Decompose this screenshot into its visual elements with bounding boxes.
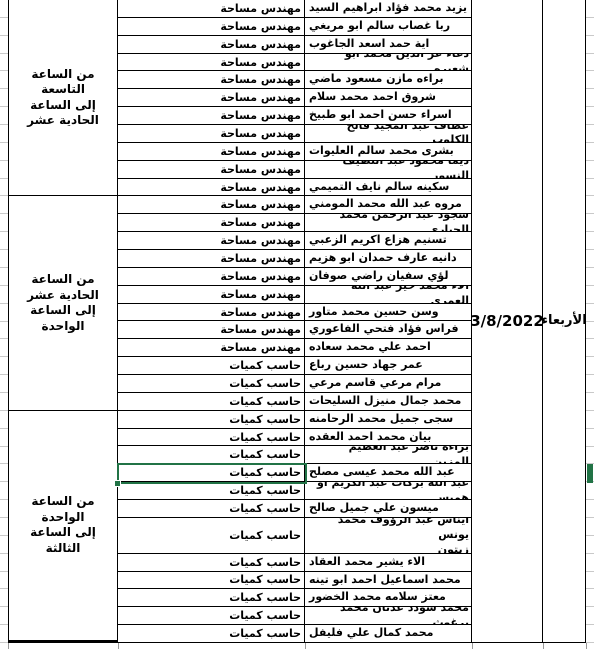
job-title-cell[interactable]: مهندس مساحة	[118, 232, 305, 250]
gridline-tick	[0, 606, 8, 607]
student-name-cell[interactable]: معتز سلامه محمد الخضور	[305, 589, 472, 607]
job-title-cell[interactable]: مهندس مساحة	[118, 161, 305, 179]
time-slot-cell[interactable]: من الساعةالتاسعةإلى الساعةالحادية عشر	[8, 0, 118, 196]
student-name-cell[interactable]: ربا غصاب سالم ابو مريغي	[305, 18, 472, 36]
job-title-cell[interactable]: حاسب كميات	[118, 357, 305, 375]
student-name-cell[interactable]: محمد جمال منيزل السليحات	[305, 393, 472, 411]
gridline-tick	[586, 606, 594, 607]
student-name-cell[interactable]: يزيد محمد فؤاد ابراهيم السيد	[305, 0, 472, 18]
gridline-tick	[0, 70, 8, 71]
job-title-text: حاسب كميات	[229, 591, 301, 604]
gridline-tick	[586, 142, 594, 143]
student-name-cell[interactable]: عبد الله بركات عبد الكريم او هميس	[305, 482, 472, 500]
gridline-tick	[0, 213, 8, 214]
student-name-cell[interactable]: عطاف عبد المجيد فالح الكلوب	[305, 125, 472, 143]
student-name-text: مرام مرعي قاسم مرعي	[309, 376, 441, 391]
gridline-tick	[0, 231, 8, 232]
job-title-text: مهندس مساحة	[220, 145, 301, 158]
gridline-tick	[586, 553, 594, 554]
student-name-text: سجى جميل محمد الرحامنه	[309, 412, 453, 427]
time-slot-cell[interactable]: من الساعةالحادية عشرإلى الساعةالواحدة	[8, 196, 118, 410]
job-title-text: مهندس مساحة	[220, 288, 301, 301]
gridline-tick	[586, 428, 594, 429]
student-name-cell[interactable]: تسنيم هزاع اكريم الزعبي	[305, 232, 472, 250]
time-slot-line: من الساعة	[31, 67, 94, 83]
job-title-cell[interactable]: حاسب كميات	[118, 500, 305, 518]
job-title-text: مهندس مساحة	[220, 181, 301, 194]
job-title-text: حاسب كميات	[229, 502, 301, 515]
student-name-cell[interactable]: فراس فؤاد فتحي الفاعوري	[305, 321, 472, 339]
student-name-text: مروه عبد الله محمد المومني	[309, 197, 462, 212]
time-slot-cell[interactable]: من الساعةالواحدةإلى الساعةالثالثة	[8, 411, 118, 643]
student-name-cell[interactable]: بيان محمد احمد العقده	[305, 429, 472, 447]
job-title-cell[interactable]: مهندس مساحة	[118, 304, 305, 322]
student-name-text: براءه مازن مسعود ماضي	[309, 72, 443, 87]
weekday-cell[interactable]: الأربعاء	[543, 0, 586, 643]
student-name-cell[interactable]: ميسون علي جميل صالح	[305, 500, 472, 518]
job-title-text: مهندس مساحة	[220, 270, 301, 283]
job-title-text: حاسب كميات	[229, 627, 301, 640]
job-title-text: حاسب كميات	[229, 377, 301, 390]
student-name-text: اسراء حسن احمد ابو طبيخ	[309, 108, 452, 123]
cropped-gridline	[586, 643, 587, 649]
job-title-cell[interactable]: مهندس مساحة	[118, 0, 305, 18]
student-name-cell[interactable]: دانيه عارف حمدان ابو هزيم	[305, 250, 472, 268]
gridline-tick	[0, 195, 8, 196]
cropped-gridline	[472, 643, 473, 649]
gridline-tick	[586, 499, 594, 500]
student-name-text: دانيه عارف حمدان ابو هزيم	[309, 251, 457, 266]
student-name-text: معتز سلامه محمد الخضور	[309, 590, 446, 605]
gridline-tick	[586, 249, 594, 250]
student-name-text: محمد اسماعيل احمد ابو تينه	[309, 573, 461, 588]
schedule-table: 3/8/2022 الأربعاء من الساعةالتاسعةإلى ال…	[8, 0, 586, 643]
student-name-cell[interactable]: اية حمد اسعد الجاغوب	[305, 36, 472, 54]
gridline-tick	[0, 428, 8, 429]
student-name-text: عبد الله محمد عيسى مصلح	[309, 465, 455, 480]
student-name-cell[interactable]: الاء يشير محمد العقاد	[305, 554, 472, 572]
job-title-cell[interactable]: حاسب كميات	[118, 589, 305, 607]
job-title-text: حاسب كميات	[229, 556, 301, 569]
student-name-text: شروق احمد محمد سلام	[309, 90, 436, 105]
gridline-tick	[0, 517, 8, 518]
gridline-tick	[0, 124, 8, 125]
job-title-text: مهندس مساحة	[220, 73, 301, 86]
time-slot-line: إلى الساعة	[30, 303, 96, 319]
fill-handle[interactable]	[114, 480, 121, 487]
gridline-tick	[586, 35, 594, 36]
job-title-cell[interactable]: حاسب كميات	[118, 446, 305, 464]
job-title-text: مهندس مساحة	[220, 234, 301, 247]
cropped-gridline	[543, 643, 544, 649]
gridline-tick	[0, 285, 8, 286]
student-name-text: فراس فؤاد فتحي الفاعوري	[309, 322, 459, 337]
student-name-cell[interactable]: احمد علي محمد سعاده	[305, 339, 472, 357]
gridline-tick	[0, 249, 8, 250]
job-title-text: مهندس مساحة	[220, 163, 301, 176]
gridline-tick	[0, 142, 8, 143]
time-slot-line: من الساعة	[31, 272, 94, 288]
job-title-cell[interactable]: حاسب كميات	[118, 572, 305, 590]
gridline-tick	[0, 463, 8, 464]
student-name-cell[interactable]: دعاء عز الدين محمد ابو شعيره	[305, 54, 472, 72]
job-title-text: مهندس مساحة	[220, 198, 301, 211]
gridline-tick	[586, 624, 594, 625]
job-title-cell[interactable]: مهندس مساحة	[118, 143, 305, 161]
job-title-cell[interactable]: مهندس مساحة	[118, 36, 305, 54]
job-title-cell[interactable]: مهندس مساحة	[118, 89, 305, 107]
job-title-cell[interactable]: حاسب كميات	[118, 607, 305, 625]
job-title-text: مهندس مساحة	[220, 2, 301, 15]
student-name-cell[interactable]: سجى جميل محمد الرحامنه	[305, 411, 472, 429]
job-title-cell[interactable]: مهندس مساحة	[118, 18, 305, 36]
student-name-text: محمد جمال منيزل السليحات	[309, 394, 461, 409]
student-name-cell[interactable]: براءه مازن مسعود ماضي	[305, 71, 472, 89]
job-title-cell[interactable]: مهندس مساحة	[118, 179, 305, 197]
job-title-cell[interactable]: حاسب كميات	[118, 393, 305, 411]
spreadsheet: 3/8/2022 الأربعاء من الساعةالتاسعةإلى ال…	[0, 0, 594, 649]
gridline-tick	[586, 374, 594, 375]
gridline-tick	[0, 321, 8, 322]
job-title-cell[interactable]: حاسب كميات	[118, 375, 305, 393]
gridline-tick	[0, 35, 8, 36]
cropped-gridline	[118, 643, 119, 649]
student-name-text: اية حمد اسعد الجاغوب	[309, 37, 429, 52]
left-adjacent-column	[0, 0, 8, 649]
student-name-cell[interactable]: سجود عبد الرحمن محمد الحياري	[305, 214, 472, 232]
gridline-tick	[0, 267, 8, 268]
job-title-cell-selected[interactable]: حاسب كميات	[118, 464, 305, 482]
job-title-text: حاسب كميات	[229, 529, 301, 542]
gridline-tick	[0, 303, 8, 304]
job-title-text: مهندس مساحة	[220, 56, 301, 69]
gridline-tick	[586, 303, 594, 304]
gridline-tick	[586, 571, 594, 572]
job-title-cell[interactable]: حاسب كميات	[118, 482, 305, 500]
job-title-cell[interactable]: مهندس مساحة	[118, 54, 305, 72]
student-name-text: دعاء عز الدين محمد ابو شعيره	[309, 54, 469, 72]
gridline-tick	[0, 178, 8, 179]
gridline-tick	[586, 106, 594, 107]
gridline-tick	[586, 338, 594, 339]
student-name-cell[interactable]: محمد اسماعيل احمد ابو تينه	[305, 572, 472, 590]
student-name-text: الاء محمد خير عبد الله العمري	[309, 286, 469, 304]
gridline-tick	[586, 267, 594, 268]
gridline-tick	[0, 535, 8, 536]
gridline-tick	[586, 642, 594, 643]
time-slot-line: الواحدة	[42, 510, 85, 526]
job-title-cell[interactable]: مهندس مساحة	[118, 71, 305, 89]
gridline-tick	[0, 446, 8, 447]
job-title-text: مهندس مساحة	[220, 91, 301, 104]
job-title-text: مهندس مساحة	[220, 341, 301, 354]
gridline-tick	[586, 178, 594, 179]
gridline-tick	[586, 160, 594, 161]
student-name-cell[interactable]: مروه عبد الله محمد المومني	[305, 196, 472, 214]
student-name-cell[interactable]: عمر جهاد حسين رباع	[305, 357, 472, 375]
job-title-cell[interactable]: مهندس مساحة	[118, 125, 305, 143]
job-title-text: مهندس مساحة	[220, 20, 301, 33]
student-name-text: الاء يشير محمد العقاد	[309, 555, 425, 570]
job-title-text: مهندس مساحة	[220, 306, 301, 319]
student-name-cell[interactable]: لؤي سفيان راضي صوفان	[305, 268, 472, 286]
gridline-tick	[586, 588, 594, 589]
selected-row-header-highlight	[587, 464, 593, 483]
gridline-tick	[586, 231, 594, 232]
student-name-text: بشرى محمد سالم العليوات	[309, 144, 454, 159]
student-name-cell[interactable]: سكينه سالم نايف التميمي	[305, 179, 472, 197]
student-name-cell[interactable]: براءة ناصر عبد العظيم المزين	[305, 446, 472, 464]
gridline-tick	[586, 535, 594, 536]
gridline-tick	[0, 499, 8, 500]
cropped-gridline	[305, 643, 306, 649]
job-title-text: حاسب كميات	[229, 431, 301, 444]
gridline-tick	[0, 160, 8, 161]
student-name-text: سكينه سالم نايف التميمي	[309, 180, 449, 195]
gridline-tick	[0, 392, 8, 393]
student-name-text: عمر جهاد حسين رباع	[309, 358, 423, 373]
student-name-text: وسن حسين محمد متاور	[309, 305, 439, 320]
job-title-text: حاسب كميات	[229, 466, 301, 479]
student-name-text: ربا غصاب سالم ابو مريغي	[309, 19, 450, 34]
job-title-cell[interactable]: مهندس مساحة	[118, 286, 305, 304]
time-slot-line: التاسعة	[41, 82, 85, 98]
job-title-text: مهندس مساحة	[220, 127, 301, 140]
time-slot-line: إلى الساعة	[30, 525, 96, 541]
job-title-text: مهندس مساحة	[220, 252, 301, 265]
gridline-tick	[0, 53, 8, 54]
cropped-gridline	[8, 643, 9, 649]
gridline-tick	[586, 356, 594, 357]
student-name-cell[interactable]: الاء محمد خير عبد الله العمري	[305, 286, 472, 304]
job-title-cell[interactable]: حاسب كميات	[118, 411, 305, 429]
gridline-tick	[0, 88, 8, 89]
student-name-text: عطاف عبد المجيد فالح الكلوب	[309, 125, 469, 143]
gridline-tick	[586, 392, 594, 393]
gridline-tick	[586, 195, 594, 196]
gridline-tick	[0, 588, 8, 589]
student-name-text: عبد الله بركات عبد الكريم او هميس	[309, 482, 469, 500]
student-name-text: ايناس عبد الرؤوف محمد يونس زيتون	[309, 518, 469, 554]
student-name-cell[interactable]: وسن حسين محمد متاور	[305, 304, 472, 322]
gridline-tick	[0, 338, 8, 339]
gridline-tick	[0, 481, 8, 482]
gridline-tick	[0, 356, 8, 357]
job-title-text: حاسب كميات	[229, 484, 301, 497]
student-name-cell[interactable]: عبد الله محمد عيسى مصلح	[305, 464, 472, 482]
student-name-text: محمد سؤدد عدنان محمد برغوث	[309, 607, 469, 625]
job-title-cell[interactable]: حاسب كميات	[118, 518, 305, 554]
gridline-tick	[586, 17, 594, 18]
time-slot-line: إلى الساعة	[30, 98, 96, 114]
job-title-text: حاسب كميات	[229, 609, 301, 622]
student-name-cell[interactable]: ايناس عبد الرؤوف محمد يونس زيتون	[305, 518, 472, 554]
job-title-text: حاسب كميات	[229, 573, 301, 586]
gridline-tick	[0, 374, 8, 375]
student-name-text: يزيد محمد فؤاد ابراهيم السيد	[309, 1, 467, 16]
time-slot-line: من الساعة	[31, 494, 94, 510]
job-title-cell[interactable]: حاسب كميات	[118, 554, 305, 572]
gridline-tick	[0, 642, 8, 643]
student-name-cell[interactable]: محمد كمال علي فليفل	[305, 625, 472, 643]
student-name-text: تسنيم هزاع اكريم الزعبي	[309, 233, 447, 248]
gridline-tick	[586, 213, 594, 214]
gridline-tick	[586, 88, 594, 89]
job-title-text: حاسب كميات	[229, 413, 301, 426]
student-name-text: بيان محمد احمد العقده	[309, 430, 431, 445]
job-title-text: مهندس مساحة	[220, 323, 301, 336]
gridline-tick	[0, 17, 8, 18]
student-name-text: براءة ناصر عبد العظيم المزين	[309, 446, 469, 464]
gridline-tick	[586, 446, 594, 447]
gridline-tick	[586, 70, 594, 71]
gridline-tick	[0, 553, 8, 554]
job-title-cell[interactable]: مهندس مساحة	[118, 107, 305, 125]
time-slot-line: الحادية عشر	[27, 288, 99, 304]
right-row-header-strip	[586, 0, 594, 649]
job-title-text: حاسب كميات	[229, 395, 301, 408]
job-title-cell[interactable]: مهندس مساحة	[118, 214, 305, 232]
job-title-text: مهندس مساحة	[220, 38, 301, 51]
time-slot-line: الثالثة	[46, 541, 81, 557]
student-name-cell[interactable]: مرام مرعي قاسم مرعي	[305, 375, 472, 393]
gridline-tick	[586, 517, 594, 518]
gridline-tick	[586, 124, 594, 125]
gridline-tick	[0, 106, 8, 107]
time-slot-line: الواحدة	[42, 319, 85, 335]
job-title-cell[interactable]: مهندس مساحة	[118, 196, 305, 214]
student-name-cell[interactable]: اسراء حسن احمد ابو طبيخ	[305, 107, 472, 125]
student-name-text: ميسون علي جميل صالح	[309, 501, 439, 516]
job-title-text: مهندس مساحة	[220, 216, 301, 229]
job-title-text: حاسب كميات	[229, 359, 301, 372]
job-title-cell[interactable]: مهندس مساحة	[118, 339, 305, 357]
student-name-cell[interactable]: ديما محمود عبد اللطيف النسور	[305, 161, 472, 179]
job-title-cell[interactable]: حاسب كميات	[118, 625, 305, 643]
job-title-cell[interactable]: مهندس مساحة	[118, 268, 305, 286]
student-name-cell[interactable]: شروق احمد محمد سلام	[305, 89, 472, 107]
student-name-text: احمد علي محمد سعاده	[309, 340, 431, 355]
gridline-tick	[586, 321, 594, 322]
student-name-text: لؤي سفيان راضي صوفان	[309, 269, 448, 284]
student-name-text: سجود عبد الرحمن محمد الحياري	[309, 214, 469, 232]
gridline-tick	[0, 624, 8, 625]
job-title-cell[interactable]: مهندس مساحة	[118, 321, 305, 339]
job-title-text: حاسب كميات	[229, 448, 301, 461]
student-name-text: ديما محمود عبد اللطيف النسور	[309, 161, 469, 179]
date-cell[interactable]: 3/8/2022	[472, 0, 543, 643]
gridline-tick	[586, 285, 594, 286]
student-name-cell[interactable]: بشرى محمد سالم العليوات	[305, 143, 472, 161]
job-title-text: مهندس مساحة	[220, 109, 301, 122]
job-title-cell[interactable]: حاسب كميات	[118, 429, 305, 447]
gridline-tick	[0, 410, 8, 411]
time-slot-line: الحادية عشر	[27, 113, 99, 129]
gridline-tick	[586, 410, 594, 411]
gridline-tick	[586, 53, 594, 54]
student-name-text: محمد كمال علي فليفل	[309, 626, 433, 641]
job-title-cell[interactable]: مهندس مساحة	[118, 250, 305, 268]
gridline-tick	[0, 571, 8, 572]
student-name-cell[interactable]: محمد سؤدد عدنان محمد برغوث	[305, 607, 472, 625]
